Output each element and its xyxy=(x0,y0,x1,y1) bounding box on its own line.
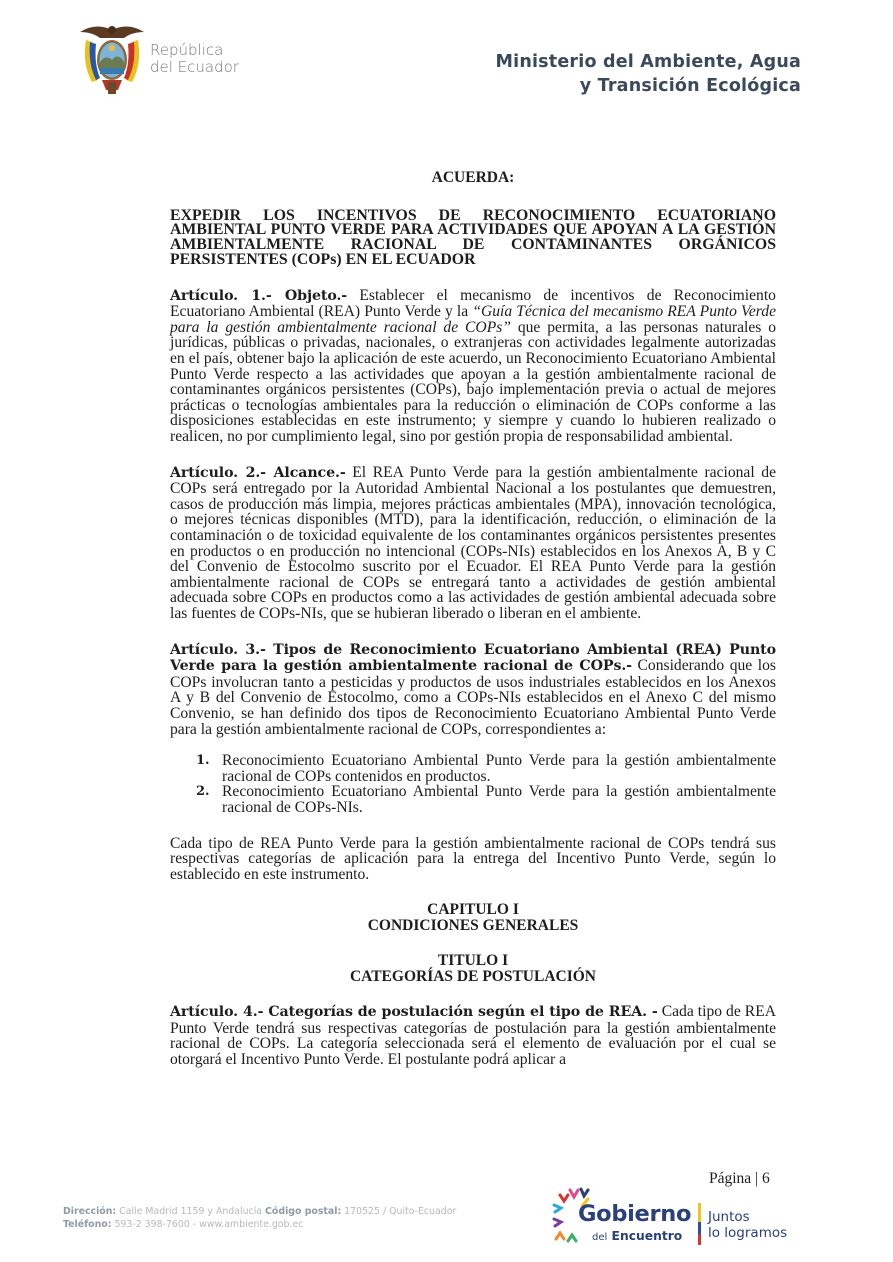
ministry-title-line1: Ministerio del Ambiente, Agua xyxy=(496,50,802,74)
list-item: 1. Reconocimiento Ecuatoriano Ambiental … xyxy=(170,753,776,784)
republica-line: República xyxy=(150,42,239,59)
del-encuentro-text: del Encuentro xyxy=(592,1229,682,1243)
article-3-closing: Cada tipo de REA Punto Verde para la ges… xyxy=(170,836,776,883)
address-label: Dirección: xyxy=(63,1206,116,1217)
phone-label: Teléfono: xyxy=(63,1219,111,1230)
article-2-text: El REA Punto Verde para la gestión ambie… xyxy=(170,464,776,622)
article-4: Artículo. 4.- Categorías de postulación … xyxy=(170,1004,776,1067)
acuerda-heading: ACUERDA: xyxy=(170,170,776,186)
slogan: Juntos lo logramos xyxy=(708,1209,787,1241)
slogan-line2: lo logramos xyxy=(708,1225,787,1241)
gobierno-encuentro-logo: Gobierno del Encuentro Juntos lo logramo… xyxy=(552,1185,802,1250)
slogan-line1: Juntos xyxy=(708,1209,787,1225)
article-4-label: Artículo. 4.- Categorías de postulación … xyxy=(170,1004,658,1020)
article-2: Artículo. 2.- Alcance.- El REA Punto Ver… xyxy=(170,465,776,622)
ministry-title: Ministerio del Ambiente, Agua y Transici… xyxy=(496,50,802,98)
title-heading-line1: TITULO I xyxy=(170,953,776,969)
list-item-number: 1. xyxy=(196,753,210,769)
list-item: 2. Reconocimiento Ecuatoriano Ambiental … xyxy=(170,784,776,815)
rea-types-list: 1. Reconocimiento Ecuatoriano Ambiental … xyxy=(170,753,776,815)
list-item-number: 2. xyxy=(196,784,210,800)
postal-label: Código postal: xyxy=(265,1206,341,1217)
list-item-text: Reconocimiento Ecuatoriano Ambiental Pun… xyxy=(222,784,776,815)
republica-ecuador-logo: República del Ecuador xyxy=(78,20,239,98)
article-1-label: Artículo. 1.- Objeto.- xyxy=(170,288,347,304)
gobierno-word: Gobierno xyxy=(578,1201,691,1227)
ecuador-coat-of-arms-icon xyxy=(78,20,146,98)
article-2-label: Artículo. 2.- Alcance.- xyxy=(170,465,346,481)
article-1-text-b: que permita, a las personas naturales o … xyxy=(170,319,776,445)
title-heading-line2: CATEGORÍAS DE POSTULACIÓN xyxy=(170,969,776,985)
article-3: Artículo. 3.- Tipos de Reconocimiento Ec… xyxy=(170,642,776,738)
postal-value: 170525 / Quito-Ecuador xyxy=(341,1206,456,1217)
document-body: ACUERDA: EXPEDIR LOS INCENTIVOS DE RECON… xyxy=(170,170,776,1068)
tricolor-divider xyxy=(698,1203,701,1245)
list-item-text: Reconocimiento Ecuatoriano Ambiental Pun… xyxy=(222,753,776,784)
address-value: Calle Madrid 1159 y Andalucía xyxy=(116,1206,265,1217)
chapter-heading-line1: CAPITULO I xyxy=(170,902,776,918)
del-ecuador-line: del Ecuador xyxy=(150,59,239,76)
ministry-title-line2: y Transición Ecológica xyxy=(496,74,802,98)
phone-value: 593-2 398-7600 - www.ambiente.gob.ec xyxy=(111,1219,303,1230)
ministry-address: Dirección: Calle Madrid 1159 y Andalucía… xyxy=(63,1205,456,1231)
article-1: Artículo. 1.- Objeto.- Establecer el mec… xyxy=(170,288,776,445)
main-title: EXPEDIR LOS INCENTIVOS DE RECONOCIMIENTO… xyxy=(170,209,776,268)
chapter-heading-line2: CONDICIONES GENERALES xyxy=(170,918,776,934)
